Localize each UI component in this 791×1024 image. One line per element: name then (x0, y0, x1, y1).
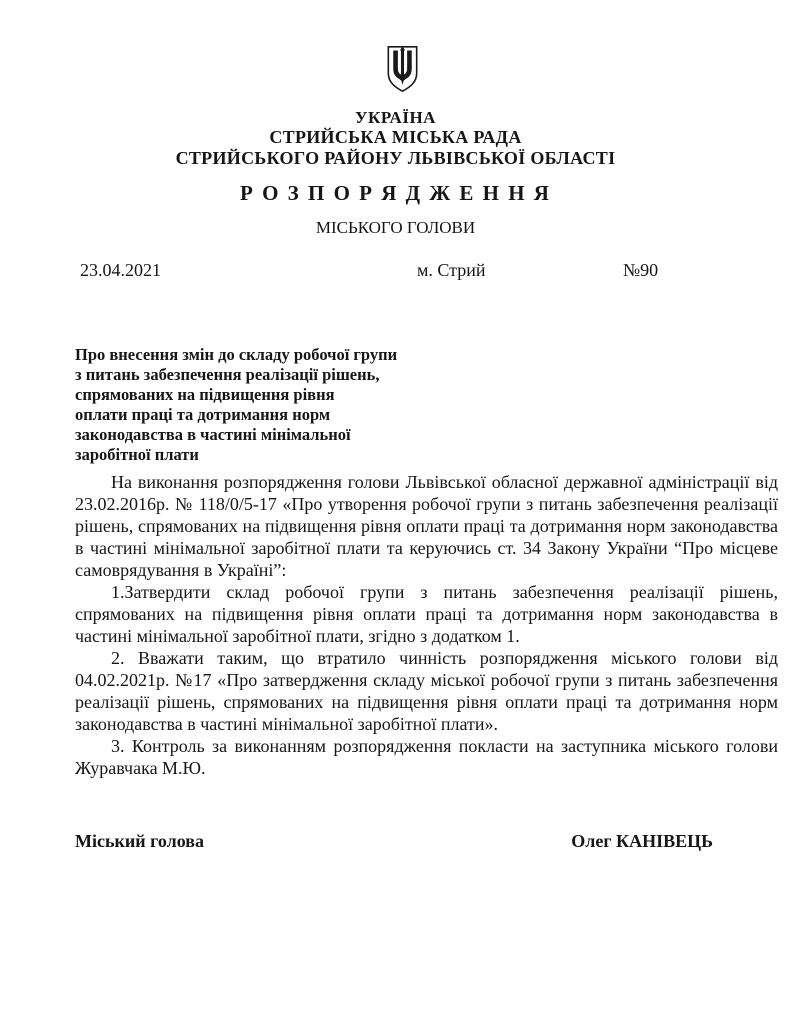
document-header: УКРАЇНА СТРИЙСЬКА МІСЬКА РАДА СТРИЙСЬКОГ… (0, 0, 791, 237)
signature-row: Міський голова Олег КАНІВЕЦЬ (0, 831, 791, 852)
document-number: №90 (623, 260, 658, 281)
signer-title: Міський голова (75, 831, 204, 852)
paragraph-item-3: 3. Контроль за виконанням розпорядження … (75, 735, 778, 779)
paragraph-item-2: 2. Вважати таким, що втратило чинність р… (75, 647, 778, 735)
paragraph-preamble: На виконання розпорядження голови Львівс… (75, 471, 778, 581)
body-text: На виконання розпорядження голови Львівс… (0, 471, 791, 779)
document-place: м. Стрий (417, 260, 486, 281)
issuer-title: МІСЬКОГО ГОЛОВИ (0, 218, 791, 237)
paragraph-item-1: 1.Затвердити склад робочої групи з питан… (75, 581, 778, 647)
tryzub-trident-icon (384, 38, 421, 100)
subject-block: Про внесення змін до складу робочої груп… (75, 345, 485, 465)
signer-name: Олег КАНІВЕЦЬ (571, 831, 713, 852)
council-name: СТРИЙСЬКА МІСЬКА РАДА (0, 127, 791, 148)
coat-of-arms (0, 0, 791, 105)
meta-row: 23.04.2021 м. Стрий №90 (0, 260, 791, 281)
decree-document-page: УКРАЇНА СТРИЙСЬКА МІСЬКА РАДА СТРИЙСЬКОГ… (0, 0, 791, 1024)
document-type-title: Р О З П О Р Я Д Ж Е Н Н Я (0, 181, 791, 206)
district-region-name: СТРИЙСЬКОГО РАЙОНУ ЛЬВІВСЬКОЇ ОБЛАСТІ (0, 148, 791, 169)
document-date: 23.04.2021 (80, 260, 161, 281)
country-name: УКРАЇНА (0, 108, 791, 127)
